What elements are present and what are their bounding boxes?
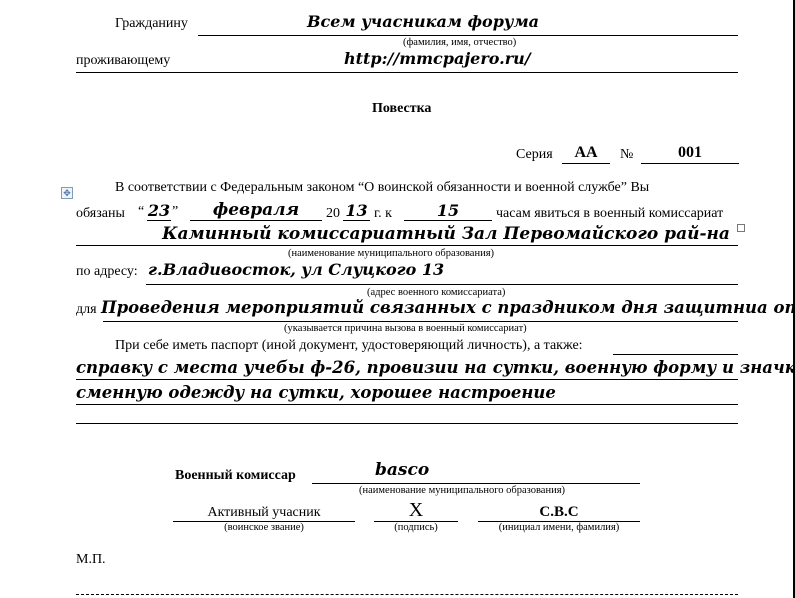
quote-open: “ [138,204,144,220]
commissariat-underline [76,245,738,246]
reason-hint: (указывается причина вызова в военный ко… [284,323,527,334]
year-underline [343,220,370,221]
address-underline [146,284,738,285]
citizen-value[interactable]: Всем учасникам форума [198,12,648,31]
initials-value[interactable]: С.В.С [478,504,640,521]
stamp-label: М.П. [76,552,106,568]
for-label: для [76,302,97,318]
month-value[interactable]: февраля [190,200,322,220]
address-label: по адресу: [76,264,138,280]
sign-value[interactable]: X [374,499,458,522]
residing-label: проживающему [76,53,170,69]
hour-suffix: часам явиться в военный комиссариат [496,206,723,222]
series-underline [562,163,610,164]
commissar-hint: (наименование муниципального образования… [359,485,565,496]
rank-value[interactable]: Активный учасник [173,505,355,521]
bring-underline-1 [76,379,738,380]
number-value[interactable]: 001 [641,144,739,162]
commissar-value[interactable]: basco [375,460,429,480]
commissariat-value[interactable]: Каминный комиссариатный Зал Первомайског… [76,224,795,244]
citizen-hint: (фамилия, имя, отчество) [403,37,516,48]
sign-hint: (подпись) [374,522,458,533]
hour-value[interactable]: 15 [404,201,492,220]
residing-underline [76,72,738,73]
commissar-label: Военный комиссар [175,468,296,484]
table-resize-handle-icon[interactable] [737,224,745,232]
month-underline [190,220,322,221]
year-prefix: 20 [326,206,340,222]
series-label: Серия [516,147,553,163]
citizen-underline [198,35,738,36]
bring-underline-3 [76,423,738,424]
page-title: Повестка [372,101,431,117]
initials-hint: (инициал имени, фамилия) [478,522,640,533]
day-underline [147,220,171,221]
citizen-label: Гражданину [115,16,188,32]
commissariat-hint: (наименование муниципального образования… [288,248,494,259]
number-label: № [620,147,633,163]
table-move-handle-icon[interactable]: ✥ [61,187,73,199]
bring-underline-2 [76,404,738,405]
quote-close: ” [172,204,178,220]
cut-line [76,594,738,595]
residing-value[interactable]: http://mmcpajero.ru/ [344,49,531,68]
number-underline [641,163,739,164]
hour-underline [404,220,492,221]
series-value[interactable]: АА [562,144,610,162]
reason-underline [103,321,738,322]
bring-label: При себе иметь паспорт (иной документ, у… [115,338,583,354]
address-value[interactable]: г.Владивосток, ул Слуцкого 13 [148,260,444,279]
bring-line-2[interactable]: сменную одежду на сутки, хорошее настрое… [76,383,556,402]
bring-line-1[interactable]: справку с места учебы ф-26, провизии на … [76,358,795,377]
day-value[interactable]: 23 [147,201,171,220]
intro-text: В соответствии с Федеральным законом “О … [115,180,649,196]
reason-value[interactable]: Проведения мероприятий связанных с празд… [101,298,795,317]
year-suffix[interactable]: 13 [343,201,370,220]
bring-underline-0 [613,354,738,355]
address-hint: (адрес военного комиссариата) [367,287,505,298]
commissar-underline [312,483,640,484]
obliged-label: обязаны [76,206,125,222]
year-label: г. к [374,206,392,222]
rank-hint: (воинское звание) [173,522,355,533]
